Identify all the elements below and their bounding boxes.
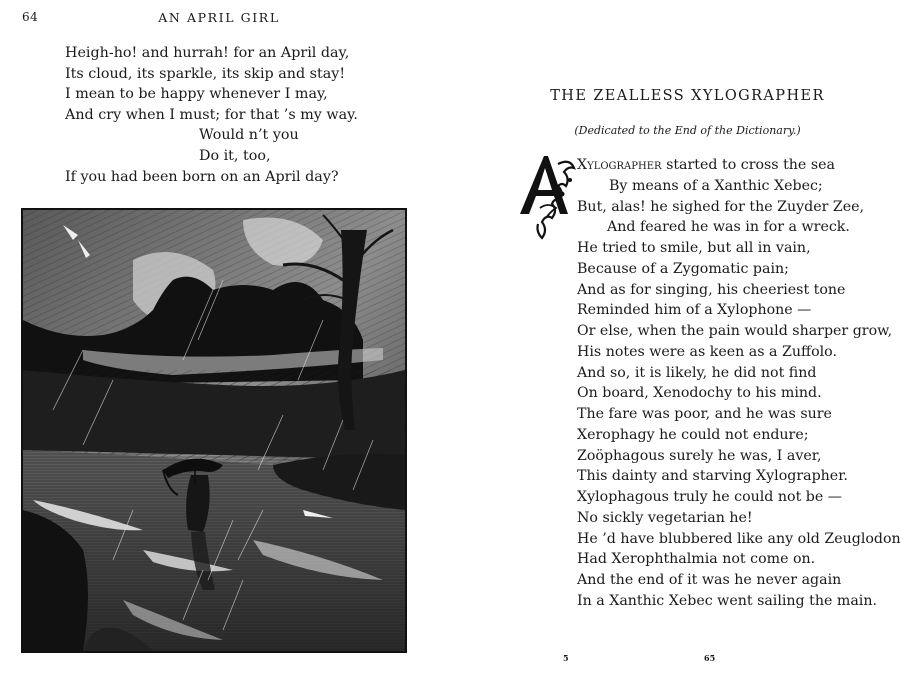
ornamental-drop-cap-icon [518,152,580,244]
verse-line: I mean to be happy whenever I may, [65,84,358,105]
running-head: AN APRIL GIRL [0,10,438,25]
poem-line: Or else, when the pain would sharper gro… [577,321,901,342]
poem-line: No sickly vegetarian he! [577,508,901,529]
poem-line: But, alas! he sighed for the Zuyder Zee, [577,197,901,218]
poem-line: Had Xerophthalmia not come on. [577,549,901,570]
poem-line: This dainty and starving Xylographer. [577,466,901,487]
poem-line: Reminded him of a Xylophone — [577,300,901,321]
poem-line: Xerophagy he could not endure; [577,425,901,446]
lead-word: Xylographer [577,157,662,173]
verse-line: Would n’t you [65,125,358,146]
rainy-landscape-engraving-icon [21,208,407,653]
poem-line: His notes were as keen as a Zuffolo. [577,342,901,363]
poem-line: On board, Xenodochy to his mind. [577,383,901,404]
left-page: 64 AN APRIL GIRL Heigh-ho! and hurrah! f… [0,0,458,683]
poem-line: He tried to smile, but all in vain, [577,238,901,259]
poem-line: And as for singing, his cheeriest tone [577,280,901,301]
page-number-right: 65 [704,653,715,663]
verse-line: If you had been born on an April day? [65,167,358,188]
poem-title: THE ZEALLESS XYLOGRAPHER [458,88,917,104]
poem-line: The fare was poor, and he was sure [577,404,901,425]
poem-body: Xylographer started to cross the sea By … [577,155,901,612]
poem-line: Xylophagous truly he could not be — [577,487,901,508]
poem-line: And feared he was in for a wreck. [577,217,901,238]
verse-line: Heigh-ho! and hurrah! for an April day, [65,43,358,64]
poem-line: And the end of it was he never again [577,570,901,591]
poem-line: And so, it is likely, he did not find [577,363,901,384]
poem-subtitle: (Dedicated to the End of the Dictionary.… [458,124,917,137]
verse-line: Do it, too, [65,146,358,167]
verse-line: And cry when I must; for that ’s my way. [65,105,358,126]
poem-line: Zoöphagous surely he was, I aver, [577,446,901,467]
verse-stanza: Heigh-ho! and hurrah! for an April day, … [65,43,358,187]
right-page: THE ZEALLESS XYLOGRAPHER (Dedicated to t… [458,0,917,683]
poem-line: Because of a Zygomatic pain; [577,259,901,280]
poem-line: By means of a Xanthic Xebec; [577,176,901,197]
poem-line: In a Xanthic Xebec went sailing the main… [577,591,901,612]
poem-line: Xylographer started to cross the sea [577,155,901,176]
verse-line: Its cloud, its sparkle, its skip and sta… [65,64,358,85]
signature-mark: 5 [563,653,569,663]
poem-line: He ’d have blubbered like any old Zeuglo… [577,529,901,550]
